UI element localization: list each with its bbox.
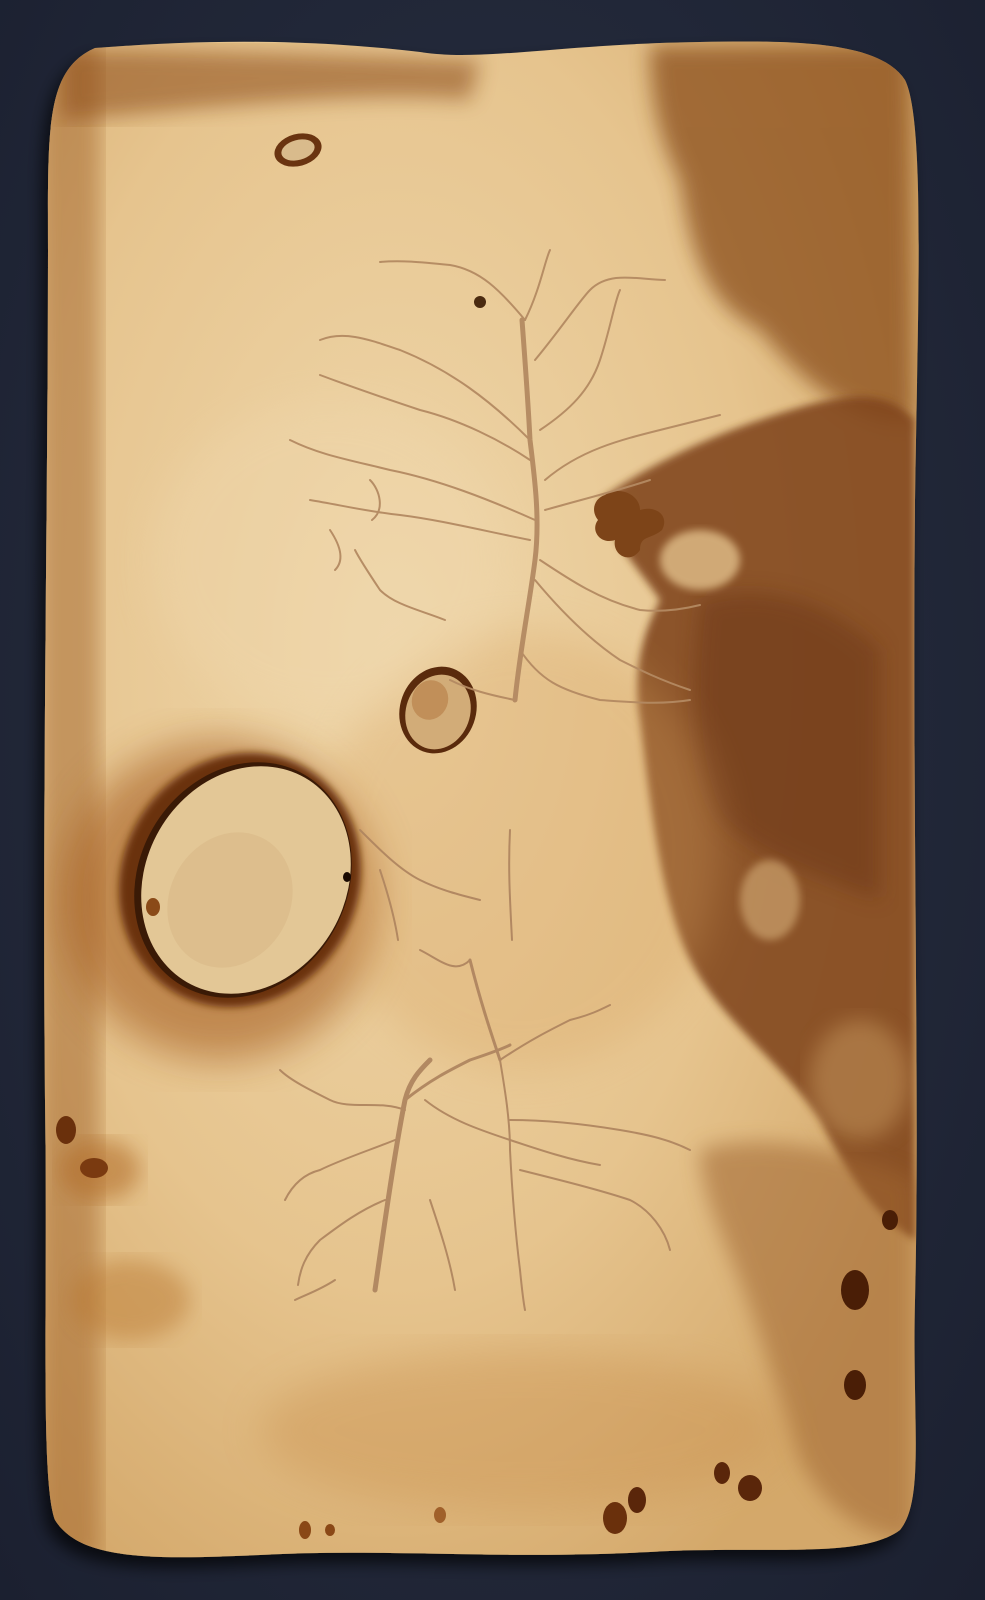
stained-paper-artwork — [0, 0, 985, 1600]
dark-backdrop — [0, 0, 985, 1600]
